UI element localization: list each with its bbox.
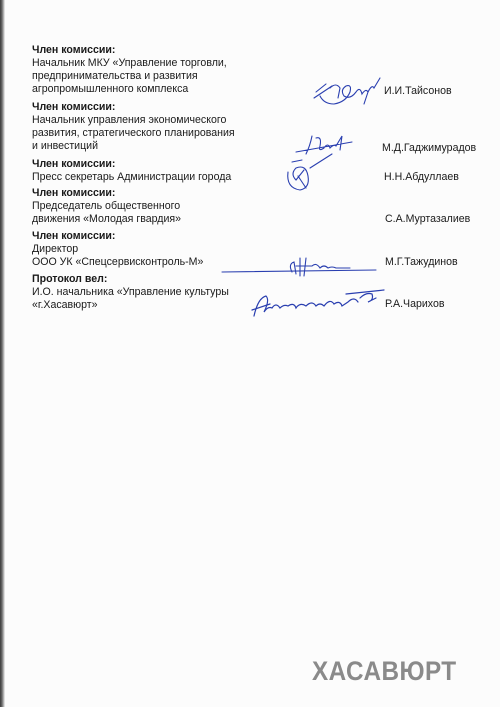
role-heading: Член комиссии: bbox=[32, 101, 235, 114]
scan-shadow-edge bbox=[0, 0, 5, 707]
position-line: ООО УК «Спецсервисконтроль-М» bbox=[32, 256, 203, 269]
position-line: развития, стратегического планирования bbox=[32, 127, 235, 140]
position-line: «г.Хасавюрт» bbox=[32, 299, 229, 312]
position-line: и инвестиций bbox=[32, 140, 235, 153]
position-line: Пресс секретарь Администрации города bbox=[32, 171, 231, 184]
signer-name-abdullaev: Н.Н.Абдуллаев bbox=[384, 171, 459, 184]
signer-name-murtazaliev: С.А.Муртазалиев bbox=[385, 213, 470, 226]
role-heading: Член комиссии: bbox=[32, 187, 181, 200]
city-watermark: ХАСАВЮРТ bbox=[312, 656, 457, 687]
role-heading: Член комиссии: bbox=[32, 158, 231, 171]
role-heading: Член комиссии: bbox=[32, 44, 227, 57]
handwritten-signature-icon bbox=[310, 74, 385, 110]
commission-entry-3: Член комиссии: Пресс секретарь Администр… bbox=[32, 158, 231, 184]
signer-name-charikhov: Р.А.Чарихов bbox=[385, 298, 444, 311]
handwritten-signature-icon bbox=[282, 132, 357, 194]
commission-entry-5: Член комиссии: Директор ООО УК «Спецсерв… bbox=[32, 230, 203, 269]
commission-entry-2: Член комиссии: Начальник управления экон… bbox=[32, 101, 235, 153]
role-heading: Член комиссии: bbox=[32, 230, 203, 243]
handwritten-signature-icon bbox=[250, 288, 386, 320]
position-line: Директор bbox=[32, 243, 203, 256]
role-heading: Протокол вел: bbox=[32, 273, 229, 286]
position-line: движения «Молодая гвардия» bbox=[32, 213, 181, 226]
handwritten-signature-icon bbox=[220, 256, 380, 278]
position-line: предпринимательства и развития bbox=[32, 70, 227, 83]
position-line: Начальник МКУ «Управление торговли, bbox=[32, 57, 227, 70]
position-line: И.О. начальника «Управление культуры bbox=[32, 286, 229, 299]
commission-entry-4: Член комиссии: Председатель общественног… bbox=[32, 187, 181, 226]
signer-name-gadzhimuradov: М.Д.Гаджимурадов bbox=[382, 142, 476, 155]
protocol-keeper-entry: Протокол вел: И.О. начальника «Управлени… bbox=[32, 273, 229, 312]
position-line: Начальник управления экономического bbox=[32, 114, 235, 127]
scanned-document-page: Член комиссии: Начальник МКУ «Управление… bbox=[0, 0, 500, 707]
position-line: Председатель общественного bbox=[32, 200, 181, 213]
position-line: агропромышленного комплекса bbox=[32, 83, 227, 96]
signer-name-tazhudinov: М.Г.Тажудинов bbox=[385, 256, 458, 269]
commission-entry-1: Член комиссии: Начальник МКУ «Управление… bbox=[32, 44, 227, 96]
signer-name-taysonov: И.И.Тайсонов bbox=[384, 85, 452, 98]
